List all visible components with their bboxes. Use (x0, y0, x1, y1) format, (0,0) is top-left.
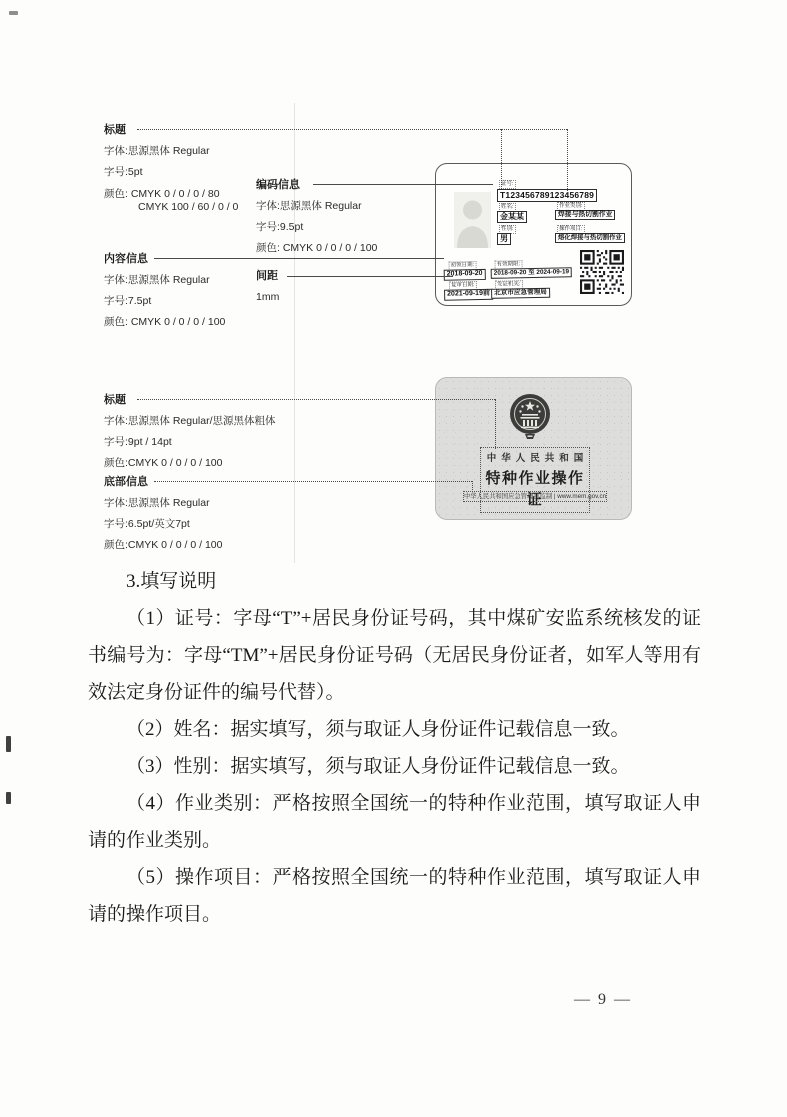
spec-content-info-label: 内容信息 (104, 249, 225, 270)
leader-title-back-vertical-1 (501, 129, 502, 189)
leader-content-info (154, 258, 444, 259)
spec-title-back-color2: CMYK 100 / 60 / 0 / 0 (104, 201, 238, 214)
spec-title-front-size: 字号:9pt / 14pt (104, 432, 276, 453)
spec-code-info-label: 编码信息 (256, 175, 377, 196)
spec-block-title-back: 标题 字体:思源黑体 Regular 字号:5pt 颜色: CMYK 0 / 0… (104, 120, 238, 214)
spec-code-info-font: 字体:思源黑体 Regular (256, 196, 377, 217)
leader-code-info (313, 184, 493, 185)
body-paragraph-2: （2）姓名：据实填写，须与取证人身份证件记载信息一致。 (88, 711, 701, 748)
scan-mark (9, 11, 18, 15)
leader-bottom-info-horizontal (154, 481, 472, 482)
authority-value: 北京市应急管理局 (491, 288, 550, 299)
spec-block-spacing: 间距 1mm (256, 266, 279, 308)
spec-title-back-label: 标题 (104, 120, 238, 141)
leader-bottom-info-vertical (472, 481, 473, 492)
body-paragraph-1: （1）证号：字母“T”+居民身份证号码，其中煤矿安监系统核发的证书编号为：字母“… (88, 600, 701, 711)
spec-bottom-info-font: 字体:思源黑体 Regular (104, 493, 222, 514)
spec-block-title-front: 标题 字体:思源黑体 Regular/思源黑体粗体 字号:9pt / 14pt … (104, 390, 276, 474)
spec-content-info-font: 字体:思源黑体 Regular (104, 270, 225, 291)
card-front-footer: 中华人民共和国应急管理部监制 | www.mem.gov.cn (463, 491, 607, 502)
spec-block-code-info: 编码信息 字体:思源黑体 Regular 字号:9.5pt 颜色: CMYK 0… (256, 175, 377, 259)
spec-bottom-info-label: 底部信息 (104, 472, 222, 493)
body-heading: 3.填写说明 (88, 563, 701, 600)
leader-spacing (287, 276, 453, 277)
spec-spacing-value: 1mm (256, 287, 279, 308)
page-number: — 9 — (574, 991, 632, 1009)
spec-bottom-info-color: 颜色:CMYK 0 / 0 / 0 / 100 (104, 535, 222, 556)
spec-bottom-info-size: 字号:6.5pt/英文7pt (104, 514, 222, 535)
spec-title-back-color1: 颜色: CMYK 0 / 0 / 0 / 80 (104, 183, 238, 201)
spec-title-front-font: 字体:思源黑体 Regular/思源黑体粗体 (104, 411, 276, 432)
spec-code-info-color: 颜色: CMYK 0 / 0 / 0 / 100 (256, 238, 377, 259)
spec-content-info-size: 字号:7.5pt (104, 291, 225, 312)
national-emblem-icon (509, 393, 551, 443)
leader-title-front-horizontal (137, 399, 495, 400)
scan-mark (6, 736, 11, 752)
card-front-country: 中华人民共和国 (481, 450, 589, 464)
spec-title-back-size: 字号:5pt (104, 162, 238, 183)
spec-block-content-info: 内容信息 字体:思源黑体 Regular 字号:7.5pt 颜色: CMYK 0… (104, 249, 225, 333)
leader-title-back-horizontal (137, 129, 567, 130)
body-paragraph-3: （3）性别：据实填写，须与取证人身份证件记载信息一致。 (88, 748, 701, 785)
spec-code-info-size: 字号:9.5pt (256, 217, 377, 238)
card-front-title: 特种作业操作证 (481, 467, 589, 509)
first-issue-value: 2018-09-20 (444, 269, 486, 281)
leader-title-front-vertical (495, 399, 496, 449)
body-paragraph-4: （4）作业类别：严格按照全国统一的特种作业范围，填写取证人申请的作业类别。 (88, 785, 701, 859)
validity-value: 2018-09-20 至 2024-09-19 (491, 267, 573, 279)
spec-spacing-label: 间距 (256, 266, 279, 287)
qr-code-icon (580, 250, 624, 294)
document-page: 标题 字体:思源黑体 Regular 字号:5pt 颜色: CMYK 0 / 0… (0, 0, 787, 1117)
body-text: 3.填写说明 （1）证号：字母“T”+居民身份证号码，其中煤矿安监系统核发的证书… (88, 563, 701, 933)
scan-mark (6, 792, 11, 804)
spec-title-front-color: 颜色:CMYK 0 / 0 / 0 / 100 (104, 453, 276, 474)
body-paragraph-5: （5）操作项目：严格按照全国统一的特种作业范围，填写取证人申请的操作项目。 (88, 859, 701, 933)
card-front-title-block: 中华人民共和国 特种作业操作证 (480, 447, 590, 513)
spec-content-info-color: 颜色: CMYK 0 / 0 / 0 / 100 (104, 312, 225, 333)
review-value: 2021-09-19前 (444, 289, 493, 301)
scan-crease-line (294, 103, 295, 563)
spec-title-front-label: 标题 (104, 390, 276, 411)
spec-title-back-font: 字体:思源黑体 Regular (104, 141, 238, 162)
spec-block-bottom-info: 底部信息 字体:思源黑体 Regular 字号:6.5pt/英文7pt 颜色:C… (104, 472, 222, 556)
leader-title-back-vertical-2 (567, 129, 568, 195)
